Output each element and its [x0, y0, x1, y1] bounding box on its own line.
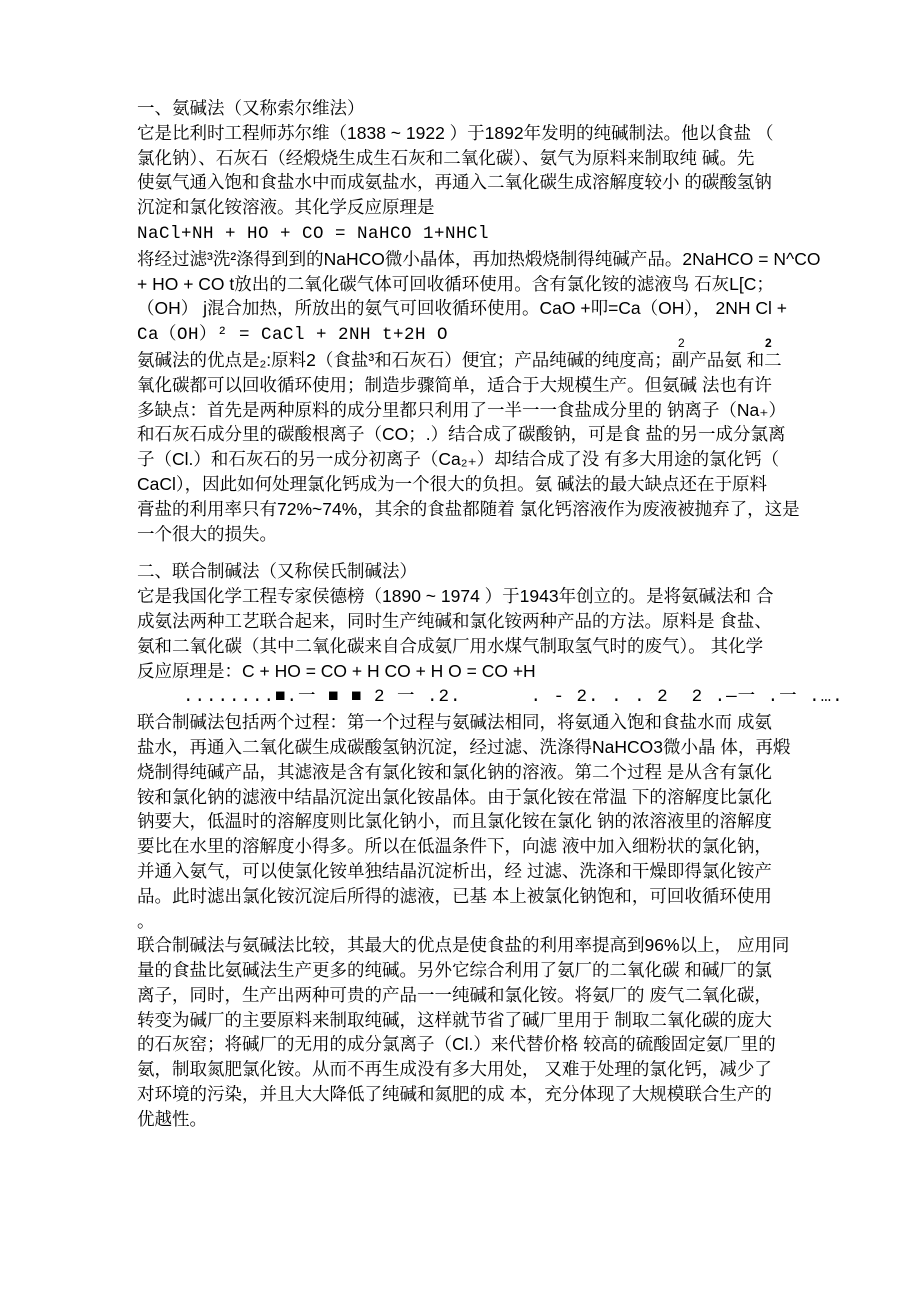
line-text: NaCl+NH + HO + CO = NaHCO 1+NHCl [137, 224, 489, 244]
text-line: 氨和二氧化碳（其中二氧化碳来自合成氨厂用水煤气制取氢气时的废气）。 其化学 [137, 634, 837, 659]
text-line: 它是比利时工程师苏尔维（1838 ~ 1922 ）于1892年发明的纯碱制法。他… [137, 121, 837, 146]
line-text: 离子，同时，生产出两种可贵的产品一一纯碱和氯化铵。将氨厂的 废气二氧化碳， [137, 985, 772, 1005]
line-text: 多缺点：首先是两种原料的成分里都只利用了一半一一食盐成分里的 钠离子（Na₊） [137, 400, 786, 420]
line-text: 二、联合制碱法（又称侯氏制碱法） [137, 561, 417, 581]
text-line: 反应原理是：C + HO = CO + H CO + H O = CO +H [137, 659, 837, 684]
line-text: CaCl），因此如何处理氯化钙成为一个很大的负担。氨 碱法的最大缺点还在于原料 [137, 474, 767, 494]
text-line: 和石灰石成分里的碳酸根离子（CO；.）结合成了碳酸钠，可是食 盐的另一成分氯离 [137, 422, 837, 447]
text-line: 成氨法两种工艺联合起来，同时生产纯碱和氯化铵两种产品的方法。原料是 食盐、 [137, 609, 837, 634]
text-line: 它是我国化学工程专家侯德榜（1890 ~ 1974 ）于1943年创立的。是将氨… [137, 584, 837, 609]
text-line: （OH） j混合加热，所放出的氨气可回收循环使用。CaO +叩=Ca（OH）， … [137, 296, 837, 321]
line-text: 一、氨碱法（又称索尔维法） [137, 98, 365, 118]
text-line: 转变为碱厂的主要原料来制取纯碱，这样就节省了碱厂里用于 制取二氧化碳的庞大 [137, 1008, 837, 1033]
text-line: 沉淀和氯化铵溶液。其化学反应原理是 [137, 195, 837, 220]
line-text: 品。此时滤出氯化铵沉淀后所得的滤液，已基 本上被氯化钠饱和，可回收循环使用 [137, 886, 772, 906]
line-text: 。 [137, 911, 155, 931]
line-text: 一个很大的损失。 [137, 524, 277, 544]
line-text: 沉淀和氯化铵溶液。其化学反应原理是 [137, 197, 435, 217]
line-text: 优越性。 [137, 1109, 207, 1129]
ocr-noise-line: ........■.一 ■ ■ 2 一 .2. . - 2. . . 2 2 .… [137, 683, 837, 710]
line-text: 联合制碱法包括两个过程：第一个过程与氨碱法相同，将氨通入饱和食盐水而 成氨 [137, 712, 772, 732]
line-text: 氨碱法的优点是₂:原料2（食盐³和石灰石）便宜；产品纯碱的纯度高；副产品氨 和二 [137, 350, 782, 370]
line-text: 将经过滤³洗²涤得到到的NaHCO微小晶体，再加热煅烧制得纯碱产品。2NaHCO… [137, 249, 820, 269]
text-line: 的石灰窑；将碱厂的无用的成分氯离子（Cl.）来代替价格 较高的硫酸固定氨厂里的 [137, 1032, 837, 1057]
text-line: 烧制得纯碱产品，其滤液是含有氯化铵和氯化钠的溶液。第二个过程 是从含有氯化 [137, 760, 837, 785]
text-line: 氯化钠）、石灰石（经煅烧生成生石灰和二氧化碳）、氨气为原料来制取纯 碱。先 [137, 146, 837, 171]
chemical-formula-line: Ca（OH）² = CaCl + 2NH t+2H O22 [137, 321, 837, 348]
text-line: 离子，同时，生产出两种可贵的产品一一纯碱和氯化铵。将氨厂的 废气二氧化碳， [137, 983, 837, 1008]
text-line: 对环境的污染，并且大大降低了纯碱和氮肥的成 本，充分体现了大规模联合生产的 [137, 1082, 837, 1107]
text-line: 铵和氯化钠的滤液中结晶沉淀出氯化铵晶体。由于氯化铵在常温 下的溶解度比氯化 [137, 785, 837, 810]
line-text: 钠要大，低温时的溶解度则比氯化钠小，而且氯化铵在氯化 钠的浓溶液里的溶解度 [137, 811, 772, 831]
line-text: 对环境的污染，并且大大降低了纯碱和氮肥的成 本，充分体现了大规模联合生产的 [137, 1084, 772, 1104]
line-text: 氧化碳都可以回收循环使用；制造步骤简单，适合于大规模生产。但氨碱 法也有许 [137, 375, 772, 395]
text-line: + HO + CO t放出的二氧化碳气体可回收循环使用。含有氯化铵的滤液鸟 石灰… [137, 272, 837, 297]
line-text: + HO + CO t放出的二氧化碳气体可回收循环使用。含有氯化铵的滤液鸟 石灰… [137, 274, 774, 294]
chemical-formula-line: NaCl+NH + HO + CO = NaHCO 1+NHCl [137, 220, 837, 247]
text-line: 多缺点：首先是两种原料的成分里都只利用了一半一一食盐成分里的 钠离子（Na₊） [137, 398, 837, 423]
text-line: 氨，制取氮肥氯化铵。从而不再生成没有多大用处， 又难于处理的氯化钙，减少了 [137, 1057, 837, 1082]
line-text: 并通入氨气，可以使氯化铵单独结晶沉淀析出，经 过滤、洗涤和干燥即得氯化铵产 [137, 861, 772, 881]
line-text: 反应原理是：C + HO = CO + H CO + H O = CO +H [137, 661, 536, 681]
text-content: 一、氨碱法（又称索尔维法）它是比利时工程师苏尔维（1838 ~ 1922 ）于1… [137, 96, 837, 1132]
text-line: 量的食盐比氨碱法生产更多的纯碱。另外它综合利用了氨厂的二氧化碳 和碱厂的氯 [137, 958, 837, 983]
text-line: 一个很大的损失。 [137, 522, 837, 547]
line-text: 和石灰石成分里的碳酸根离子（CO；.）结合成了碳酸钠，可是食 盐的另一成分氯离 [137, 424, 785, 444]
line-text: ........■.一 ■ ■ 2 一 .2. . - 2. . . 2 2 .… [137, 687, 844, 707]
line-text: 量的食盐比氨碱法生产更多的纯碱。另外它综合利用了氨厂的二氧化碳 和碱厂的氯 [137, 960, 772, 980]
text-line: 品。此时滤出氯化铵沉淀后所得的滤液，已基 本上被氯化钠饱和，可回收循环使用 [137, 884, 837, 909]
line-text: 联合制碱法与氨碱法比较，其最大的优点是使食盐的利用率提高到96%以上， 应用同 [137, 935, 789, 955]
line-text: 子（Cl.）和石灰石的另一成分初离子（Ca₂₊）却结合成了没 有多大用途的氯化钙… [137, 449, 779, 469]
line-text: 它是比利时工程师苏尔维（1838 ~ 1922 ）于1892年发明的纯碱制法。他… [137, 123, 773, 143]
line-text: 成氨法两种工艺联合起来，同时生产纯碱和氯化铵两种产品的方法。原料是 食盐、 [137, 611, 772, 631]
text-line: CaCl），因此如何处理氯化钙成为一个很大的负担。氨 碱法的最大缺点还在于原料 [137, 472, 837, 497]
line-text: 它是我国化学工程专家侯德榜（1890 ~ 1974 ）于1943年创立的。是将氨… [137, 586, 773, 606]
text-line: 氨碱法的优点是₂:原料2（食盐³和石灰石）便宜；产品纯碱的纯度高；副产品氨 和二 [137, 348, 837, 373]
line-text: 膏盐的利用率只有72%~74%，其余的食盐都随着 氯化钙溶液作为废液被抛弃了，这… [137, 499, 800, 519]
line-text: 氯化钠）、石灰石（经煅烧生成生石灰和二氧化碳）、氨气为原料来制取纯 碱。先 [137, 148, 754, 168]
line-text: （OH） j混合加热，所放出的氨气可回收循环使用。CaO +叩=Ca（OH）， … [137, 298, 787, 318]
text-line: 要比在水里的溶解度小得多。所以在低温条件下，向滤 液中加入细粉状的氯化钠， [137, 834, 837, 859]
text-line: 联合制碱法与氨碱法比较，其最大的优点是使食盐的利用率提高到96%以上， 应用同 [137, 933, 837, 958]
line-text: 转变为碱厂的主要原料来制取纯碱，这样就节省了碱厂里用于 制取二氧化碳的庞大 [137, 1010, 772, 1030]
line-text: 氨，制取氮肥氯化铵。从而不再生成没有多大用处， 又难于处理的氯化钙，减少了 [137, 1059, 772, 1079]
paragraph-gap [137, 546, 837, 559]
line-text: 使氨气通入饱和食盐水中而成氨盐水，再通入二氧化碳生成溶解度较小 的碳酸氢钠 [137, 172, 772, 192]
section-heading: 一、氨碱法（又称索尔维法） [137, 96, 837, 121]
line-text: 要比在水里的溶解度小得多。所以在低温条件下，向滤 液中加入细粉状的氯化钠， [137, 836, 772, 856]
line-text: 的石灰窑；将碱厂的无用的成分氯离子（Cl.）来代替价格 较高的硫酸固定氨厂里的 [137, 1034, 776, 1054]
text-line: 钠要大，低温时的溶解度则比氯化钠小，而且氯化铵在氯化 钠的浓溶液里的溶解度 [137, 809, 837, 834]
text-line: 并通入氨气，可以使氯化铵单独结晶沉淀析出，经 过滤、洗涤和干燥即得氯化铵产 [137, 859, 837, 884]
text-line: 子（Cl.）和石灰石的另一成分初离子（Ca₂₊）却结合成了没 有多大用途的氯化钙… [137, 447, 837, 472]
line-text: 烧制得纯碱产品，其滤液是含有氯化铵和氯化钠的溶液。第二个过程 是从含有氯化 [137, 762, 772, 782]
line-text: 铵和氯化钠的滤液中结晶沉淀出氯化铵晶体。由于氯化铵在常温 下的溶解度比氯化 [137, 787, 772, 807]
section-heading: 二、联合制碱法（又称侯氏制碱法） [137, 559, 837, 584]
document-page: 一、氨碱法（又称索尔维法）它是比利时工程师苏尔维（1838 ~ 1922 ）于1… [0, 0, 920, 1302]
line-text: 氨和二氧化碳（其中二氧化碳来自合成氨厂用水煤气制取氢气时的废气）。 其化学 [137, 636, 763, 656]
text-line: 。 [137, 909, 837, 934]
line-text: Ca（OH）² = CaCl + 2NH t+2H O [137, 325, 448, 345]
text-line: 氧化碳都可以回收循环使用；制造步骤简单，适合于大规模生产。但氨碱 法也有许 [137, 373, 837, 398]
text-line: 盐水，再通入二氧化碳生成碳酸氢钠沉淀，经过滤、洗涤得NaHCO3微小晶 体，再煅 [137, 735, 837, 760]
text-line: 膏盐的利用率只有72%~74%，其余的食盐都随着 氯化钙溶液作为废液被抛弃了，这… [137, 497, 837, 522]
text-line: 联合制碱法包括两个过程：第一个过程与氨碱法相同，将氨通入饱和食盐水而 成氨 [137, 710, 837, 735]
line-text: 盐水，再通入二氧化碳生成碳酸氢钠沉淀，经过滤、洗涤得NaHCO3微小晶 体，再煅 [137, 737, 790, 757]
text-line: 将经过滤³洗²涤得到到的NaHCO微小晶体，再加热煅烧制得纯碱产品。2NaHCO… [137, 247, 837, 272]
text-line: 使氨气通入饱和食盐水中而成氨盐水，再通入二氧化碳生成溶解度较小 的碳酸氢钠 [137, 170, 837, 195]
text-line: 优越性。 [137, 1107, 837, 1132]
